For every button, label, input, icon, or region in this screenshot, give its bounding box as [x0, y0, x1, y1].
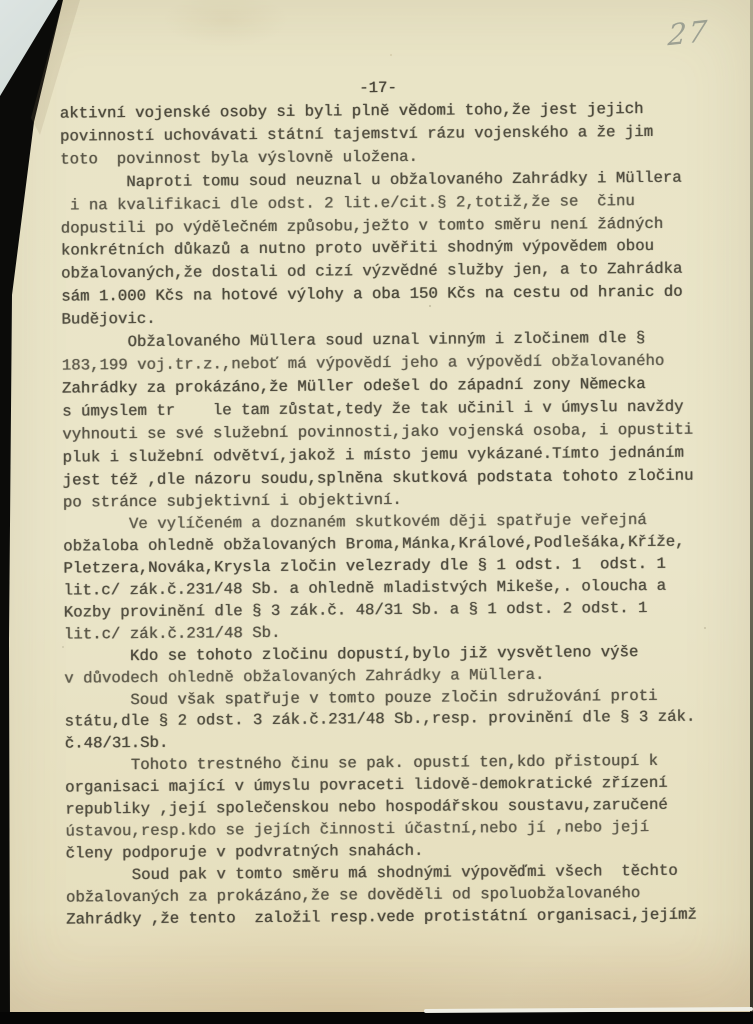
scanned-document: 27 -17- aktivní vojenské osoby si byli p…	[0, 0, 753, 1024]
scan-edge-bottom	[0, 1012, 753, 1024]
pencil-page-annotation: 27	[667, 14, 710, 53]
typewritten-text: aktivní vojenské osoby si byli plně vědo…	[60, 97, 726, 931]
